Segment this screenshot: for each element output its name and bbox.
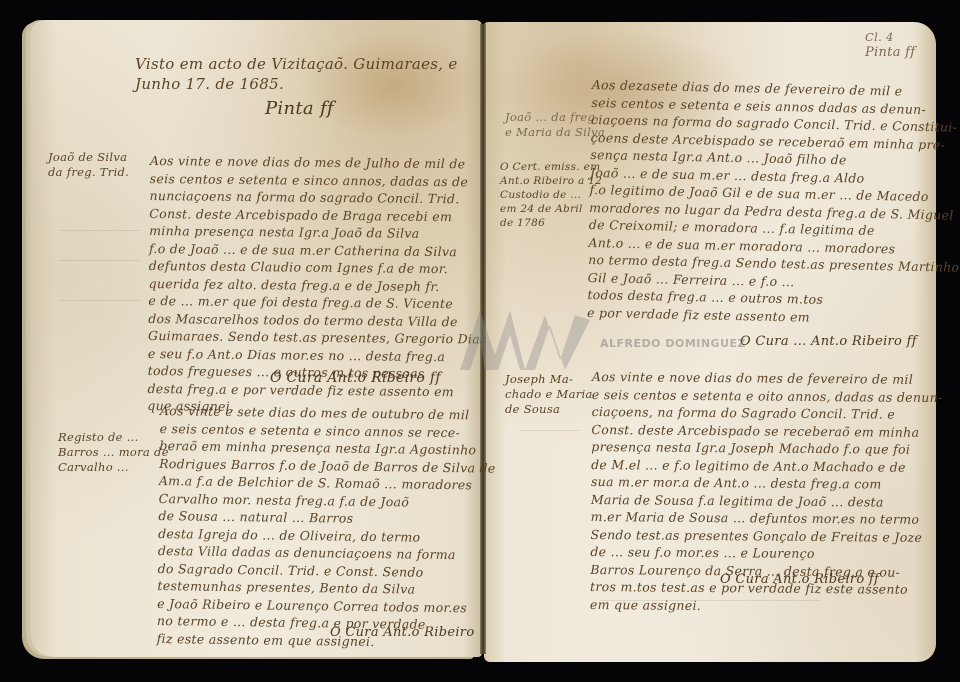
bleed-through-line bbox=[60, 260, 140, 261]
curate-signature: O Cura Ant.o Ribeiro ff bbox=[270, 370, 441, 386]
margin-note-line: Ant.o Ribeiro a 12 bbox=[500, 174, 602, 188]
curate-signature: O Cura Ant.o Ribeiro bbox=[330, 625, 474, 640]
corner-note-line: Cl. 4 bbox=[865, 30, 915, 45]
bleed-through-line bbox=[60, 300, 140, 301]
bleed-through-line bbox=[520, 430, 580, 431]
certificate-note: O Cert. emiss. em Ant.o Ribeiro a 12 Cus… bbox=[500, 160, 602, 230]
margin-note-line: de 1786 bbox=[500, 216, 602, 230]
register-entry: Aos vinte e sete dias do mes de outubro … bbox=[157, 402, 497, 652]
margin-note: Joaõ de Silva da freg. Trid. bbox=[48, 150, 129, 180]
curate-signature: O Cura Ant.o Ribeiro ff bbox=[720, 572, 879, 587]
margin-note-line: Barros ... mora de bbox=[58, 445, 169, 460]
margin-note: Registo de ... Barros ... mora de Carval… bbox=[58, 430, 169, 475]
margin-note-line: Carvalho ... bbox=[58, 460, 169, 475]
margin-note-line: de Sousa bbox=[505, 402, 593, 417]
margin-note-line: Custodio de ... bbox=[500, 188, 602, 202]
margin-note: Joseph Ma- chado e Maria de Sousa bbox=[505, 372, 593, 417]
header-line: Visto em acto de Vizitaçaõ. Guimaraes, e bbox=[135, 54, 458, 74]
entry-line: em que assignei. bbox=[590, 595, 941, 616]
margin-note-line: chado e Maria bbox=[505, 387, 593, 402]
visitation-header: Visto em acto de Vizitaçaõ. Guimaraes, e… bbox=[135, 54, 458, 94]
margin-note-line: em 24 de Abril bbox=[500, 202, 602, 216]
watermark-text: ALFREDO DOMINGUEZ bbox=[600, 337, 746, 350]
bleed-through-line bbox=[60, 230, 140, 231]
curate-signature: O Cura ... Ant.o Ribeiro ff bbox=[740, 334, 917, 349]
page-number-note: Cl. 4 Pinta ff bbox=[865, 30, 915, 60]
margin-note-line: O Cert. emiss. em bbox=[500, 160, 602, 174]
margin-note-line: da freg. Trid. bbox=[48, 165, 129, 180]
margin-note-line: Registo de ... bbox=[58, 430, 169, 445]
corner-note-line: Pinta ff bbox=[865, 45, 915, 60]
visitor-signature: Pinta ff bbox=[265, 98, 334, 119]
margin-note-line: Joseph Ma- bbox=[505, 372, 593, 387]
margin-note-line: Joaõ de Silva bbox=[48, 150, 129, 165]
register-entry: Aos dezasete dias do mes de fevereiro de… bbox=[587, 76, 960, 329]
header-line: Junho 17. de 1685. bbox=[135, 74, 458, 94]
